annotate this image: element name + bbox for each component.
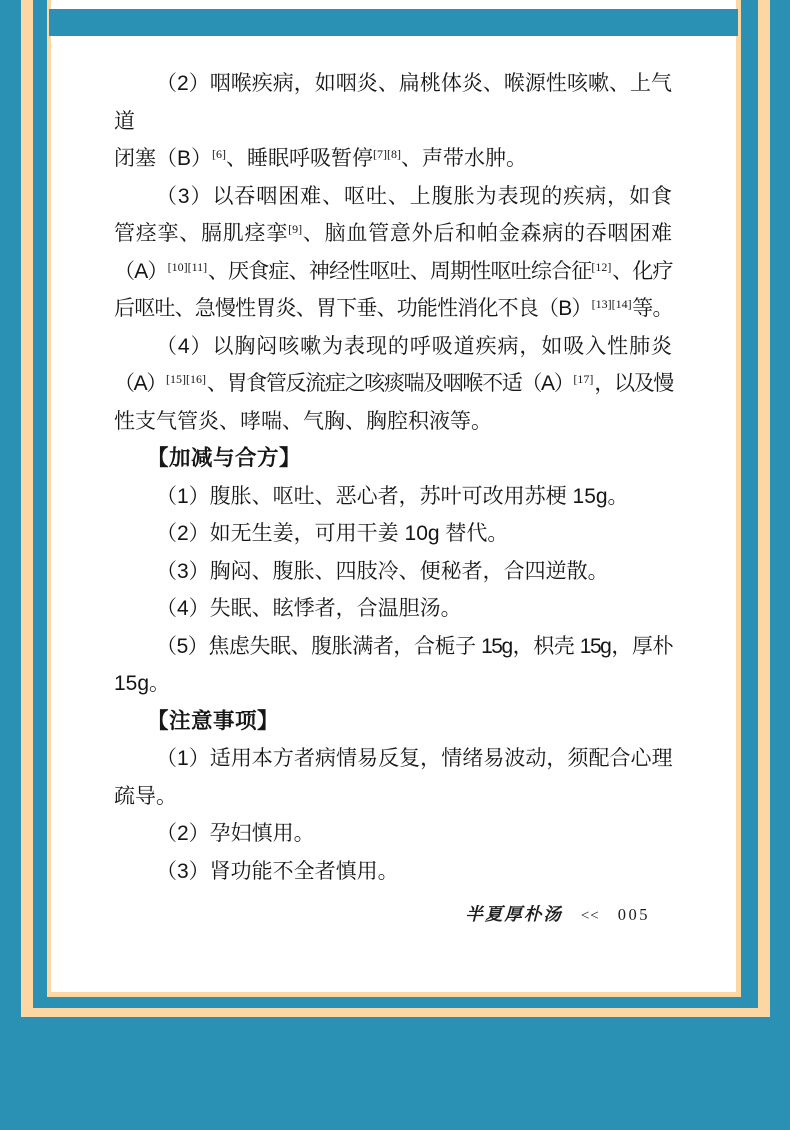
text-line: （4）以胸闷咳嗽为表现的呼吸道疾病，如吸入性肺炎 <box>114 328 672 366</box>
text-run: （4）以胸闷咳嗽为表现的呼吸道疾病，如吸入性肺炎 <box>156 335 672 358</box>
text-line: （4）失眠、眩悸者，合温胆汤。 <box>114 590 672 628</box>
text-line: 性支气管炎、哮喘、气胸、胸腔积液等。 <box>114 403 672 441</box>
citation-reference: [17] <box>573 372 593 386</box>
page-frame-inner-cream: （2）咽喉疾病，如咽炎、扁桃体炎、喉源性咳嗽、上气道闭塞（B）[6]、睡眠呼吸暂… <box>47 0 741 997</box>
text-line: （A）[15][16]、胃食管反流症之咳痰喘及咽喉不适（A）[17]，以及慢 <box>114 365 672 403</box>
text-run: （2）如无生姜，可用干姜 10g 替代。 <box>156 522 508 545</box>
page-frame-outer-cream: （2）咽喉疾病，如咽炎、扁桃体炎、喉源性咳嗽、上气道闭塞（B）[6]、睡眠呼吸暂… <box>21 0 770 1017</box>
footer-separator-chevrons: << <box>581 908 600 925</box>
text-line: （3）以吞咽困难、呕吐、上腹胀为表现的疾病，如食 <box>114 178 672 216</box>
text-run: 疏导。 <box>114 785 177 808</box>
section-heading: 【注意事项】 <box>114 703 672 741</box>
text-run: 【注意事项】 <box>147 709 279 733</box>
page: （2）咽喉疾病，如咽炎、扁桃体炎、喉源性咳嗽、上气道闭塞（B）[6]、睡眠呼吸暂… <box>51 0 736 992</box>
top-decorative-bar <box>49 9 738 36</box>
text-run: 后呕吐、急慢性胃炎、胃下垂、功能性消化不良（B） <box>114 297 592 320</box>
text-run: （2）咽喉疾病，如咽炎、扁桃体炎、喉源性咳嗽、上气道 <box>114 72 672 133</box>
text-lines: （2）咽喉疾病，如咽炎、扁桃体炎、喉源性咳嗽、上气道闭塞（B）[6]、睡眠呼吸暂… <box>114 65 672 890</box>
citation-reference: [9] <box>288 222 302 236</box>
text-run: （3）以吞咽困难、呕吐、上腹胀为表现的疾病，如食 <box>156 185 672 208</box>
text-line: （1）适用本方者病情易反复，情绪易波动，须配合心理 <box>114 740 672 778</box>
text-run: 、睡眠呼吸暂停 <box>226 147 373 170</box>
page-frame-teal-band: （2）咽喉疾病，如咽炎、扁桃体炎、喉源性咳嗽、上气道闭塞（B）[6]、睡眠呼吸暂… <box>33 0 758 1008</box>
text-line: 闭塞（B）[6]、睡眠呼吸暂停[7][8]、声带水肿。 <box>114 140 672 178</box>
text-run: （4）失眠、眩悸者，合温胆汤。 <box>156 597 462 620</box>
text-run: ，以及慢 <box>593 372 672 395</box>
text-line: （3）肾功能不全者慎用。 <box>114 853 672 891</box>
text-run: （5）焦虑失眠、腹胀满者，合栀子 15g，枳壳 15g，厚朴 <box>156 635 672 658</box>
text-line: 15g。 <box>114 665 672 703</box>
text-run: 、声带水肿。 <box>401 147 527 170</box>
citation-reference: [13][14] <box>592 297 632 311</box>
text-line: （A）[10][11]、厌食症、神经性呕吐、周期性呕吐综合征[12]、化疗 <box>114 253 672 291</box>
text-run: （1）腹胀、呕吐、恶心者，苏叶可改用苏梗 15g。 <box>156 485 629 508</box>
text-line: （2）如无生姜，可用干姜 10g 替代。 <box>114 515 672 553</box>
text-run: （1）适用本方者病情易反复，情绪易波动，须配合心理 <box>156 747 672 770</box>
text-line: （5）焦虑失眠、腹胀满者，合栀子 15g，枳壳 15g，厚朴 <box>114 628 672 666</box>
page-footer: 半夏厚朴汤 << 005 <box>465 901 650 926</box>
text-run: 、化疗 <box>611 260 672 283</box>
text-run: 【加减与合方】 <box>147 446 301 470</box>
footer-page-number: 005 <box>618 905 650 925</box>
text-run: 15g。 <box>114 672 170 695</box>
text-run: （A） <box>114 260 168 283</box>
text-line: （2）咽喉疾病，如咽炎、扁桃体炎、喉源性咳嗽、上气道 <box>114 65 672 140</box>
text-line: 后呕吐、急慢性胃炎、胃下垂、功能性消化不良（B）[13][14]等。 <box>114 290 672 328</box>
text-run: 等。 <box>632 297 672 320</box>
text-run: 、脑血管意外后和帕金森病的吞咽困难 <box>302 222 672 245</box>
text-line: （3）胸闷、腹胀、四肢冷、便秘者，合四逆散。 <box>114 553 672 591</box>
book-page-scan: （2）咽喉疾病，如咽炎、扁桃体炎、喉源性咳嗽、上气道闭塞（B）[6]、睡眠呼吸暂… <box>0 0 790 1130</box>
text-run: 闭塞（B） <box>114 147 212 170</box>
text-run: （3）肾功能不全者慎用。 <box>156 860 399 883</box>
text-run: 性支气管炎、哮喘、气胸、胸腔积液等。 <box>114 410 492 433</box>
text-run: 管痉挛、膈肌痉挛 <box>114 222 288 245</box>
text-run: （A） <box>114 372 166 395</box>
section-heading: 【加减与合方】 <box>114 440 672 478</box>
citation-reference: [7][8] <box>373 147 401 161</box>
text-line: 疏导。 <box>114 778 672 816</box>
text-line: 管痉挛、膈肌痉挛[9]、脑血管意外后和帕金森病的吞咽困难 <box>114 215 672 253</box>
citation-reference: [10][11] <box>168 260 208 274</box>
text-run: （3）胸闷、腹胀、四肢冷、便秘者，合四逆散。 <box>156 560 609 583</box>
text-run: 、胃食管反流症之咳痰喘及咽喉不适（A） <box>206 372 573 395</box>
text-line: （1）腹胀、呕吐、恶心者，苏叶可改用苏梗 15g。 <box>114 478 672 516</box>
citation-reference: [15][16] <box>166 372 206 386</box>
citation-reference: [12] <box>591 260 611 274</box>
citation-reference: [6] <box>212 147 226 161</box>
text-run: 、厌食症、神经性呕吐、周期性呕吐综合征 <box>207 260 591 283</box>
text-line: （2）孕妇慎用。 <box>114 815 672 853</box>
footer-book-title: 半夏厚朴汤 <box>465 901 563 926</box>
text-run: （2）孕妇慎用。 <box>156 822 315 845</box>
